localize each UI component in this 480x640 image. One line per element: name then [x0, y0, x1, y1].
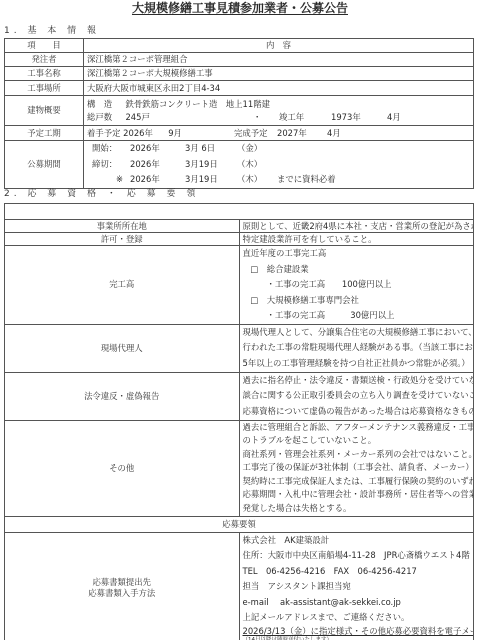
basic-info-table: 項 目 内 容 発注者 深江橋第２コーポ管理組合 工事名称 深江橋第２コーポ大規… — [4, 38, 474, 189]
other-line: 契約時に工事完成保証人または、工事履行保険の契約のいずれかが可能であること。 — [243, 475, 471, 489]
note-dow: （木） — [237, 172, 262, 188]
location-value: 大阪府大阪市城東区永田2丁目4-34 — [84, 81, 474, 96]
submission-label: 応募書類提出先 応募書類入手方法 — [5, 532, 240, 640]
note-year: 2026年 — [130, 172, 160, 188]
submission-value: 株式会社 AK建築設計 住所：大阪市中央区南船場4-11-28 JPR心斎橋ウエ… — [239, 532, 474, 640]
header-content: 内 容 — [84, 39, 474, 53]
email-label: e-mail — [243, 597, 269, 607]
row-violations: 法令違反・虚偽報告 過去に指名停止・法令違反・書類送検・行政処分を受けていないこ… — [5, 372, 474, 420]
start-label: 着手予定 — [87, 128, 121, 138]
row-project-name: 工事名称 深江橋第２コーポ大規模修繕工事 — [5, 67, 474, 81]
row-schedule: 予定工期 着手予定 2026年 9月 完成予定 2027年 4月 — [5, 126, 474, 141]
license-label: 許可・登録 — [5, 233, 240, 246]
other-label: その他 — [5, 420, 240, 516]
row-building: 建物概要 構 造 鉄骨鉄筋コンクリート造 地上11階建 総戸数 245戸 ・ 竣… — [5, 96, 474, 126]
row-location: 工事場所 大阪府大阪市城東区永田2丁目4-34 — [5, 81, 474, 96]
violations-line: 応募資格について虚偽の報告があった場合は応募資格なきものとする。 — [243, 404, 471, 420]
submission-label-line2: 応募書類入手方法 — [6, 588, 238, 599]
orderer-label: 発注者 — [5, 53, 84, 67]
row-orderer: 発注者 深江橋第２コーポ管理組合 — [5, 53, 474, 67]
document-title-text: 大規模修繕工事見積参加業者・公募公告 — [132, 1, 348, 15]
distribution-footnote: （14日以降は随時送付いたします） — [243, 637, 471, 640]
open-year: 2026年 — [130, 141, 160, 157]
building-label: 建物概要 — [5, 96, 84, 126]
close-line: 締切： 2026年 3月19日 （木） — [87, 157, 470, 173]
completed-year: 1973年 — [331, 111, 361, 124]
deadline-note-line: ※ 2026年 3月19日 （木） までに資料必着 — [87, 172, 470, 188]
open-dow: （金） — [237, 141, 262, 157]
open-label: 開始： — [92, 141, 117, 157]
site-agent-line: 行われた工事の常駐現場代理人経験がある事。（当該工事において現場代理人は — [243, 340, 471, 356]
other-line: 商社系列・管理会社系列・メーカー系列の会社ではないこと。 — [243, 448, 471, 462]
license-value: 特定建設業許可を有していること。 — [239, 233, 474, 246]
other-line: のトラブルを起こしていないこと。 — [243, 434, 471, 448]
qualification-table: 事業所所在地 原則として、近畿2府4県に本社・支店・営業所の登記が為されているこ… — [4, 203, 474, 640]
site-agent-line: 現場代理人として、分譲集合住宅の大規模修繕工事において、設計監理方式で — [243, 325, 471, 341]
units-label: 総戸数 — [87, 112, 112, 122]
site-agent-label: 現場代理人 — [5, 324, 240, 372]
blank-header-cell — [5, 204, 474, 220]
header-item: 項 目 — [5, 39, 84, 53]
sales-line: 直近年度の工事完工高 — [243, 246, 471, 262]
row-sales: 完工高 直近年度の工事完工高 □ 総合建設業 ・工事の完工高 100億円以上 □… — [5, 246, 474, 325]
orderer-value: 深江橋第２コーポ管理組合 — [84, 53, 474, 67]
row-recruitment-period: 公募期間 開始： 2026年 3月 6日 （金） 締切： 2026年 3月19日… — [5, 141, 474, 189]
site-agent-line: 5年以上の工事管理経験を持つ自社正社員かつ常駐が必須。） — [243, 356, 471, 372]
project-name-value: 深江橋第２コーポ大規模修繕工事 — [84, 67, 474, 81]
building-units-line: 総戸数 245戸 ・ 竣工年 1973年 4月 — [87, 111, 470, 124]
close-date: 3月19日 — [185, 157, 218, 173]
building-structure-line: 構 造 鉄骨鉄筋コンクリート造 地上11階建 — [87, 98, 470, 111]
sales-line: □ 大規模修繕工事専門会社 — [243, 293, 471, 309]
row-office-location: 事業所所在地 原則として、近畿2府4県に本社・支店・営業所の登記が為されているこ… — [5, 220, 474, 233]
location-label: 工事場所 — [5, 81, 84, 96]
other-line: 工事完了後の保証が3社体制（工事会社、請負者、メーカー）であること。 — [243, 461, 471, 475]
schedule-value: 着手予定 2026年 9月 完成予定 2027年 4月 — [84, 126, 474, 141]
company-address: 住所：大阪市中央区南船場4-11-28 JPR心斎橋ウエスト4階 — [243, 548, 471, 564]
other-line: 過去に管理組合と訴訟、アフターメンテナンス義務違反・工事中における事件等 — [243, 421, 471, 435]
sales-value: 直近年度の工事完工高 □ 総合建設業 ・工事の完工高 100億円以上 □ 大規模… — [239, 246, 474, 325]
other-line: 発覚した場合は失格とする。 — [243, 502, 471, 516]
units-value: 245戸 — [125, 112, 149, 122]
row-submission: 応募書類提出先 応募書類入手方法 株式会社 AK建築設計 住所：大阪市中央区南船… — [5, 532, 474, 640]
section-2-heading: 2. 応 募 資 格 ・ 応 募 要 領 — [4, 188, 199, 200]
recruitment-value: 開始： 2026年 3月 6日 （金） 締切： 2026年 3月19日 （木） … — [84, 141, 474, 189]
end-month: 4月 — [327, 128, 341, 139]
email-link[interactable]: ak-assistant@ak-sekkei.co.jp — [280, 597, 401, 607]
sales-label: 完工高 — [5, 246, 240, 325]
start-year: 2026年 — [123, 128, 153, 138]
section-1-heading: 1. 基 本 情 報 — [4, 25, 100, 37]
note-mark: ※ — [116, 172, 123, 188]
schedule-label: 予定工期 — [5, 126, 84, 141]
structure-label: 構 造 — [87, 99, 112, 109]
open-date: 3月 6日 — [185, 141, 215, 157]
procedure-header-row: 応募要領 — [5, 516, 474, 532]
row-site-agent: 現場代理人 現場代理人として、分譲集合住宅の大規模修繕工事において、設計監理方式… — [5, 324, 474, 372]
office-label: 事業所所在地 — [5, 220, 240, 233]
note-text: までに資料必着 — [277, 172, 336, 188]
end-label: 完成予定 — [234, 128, 268, 139]
qualification-blank-header-row — [5, 204, 474, 220]
other-line: 応募期間・入札中に管理会社・設計事務所・居住者等への営業活動は禁止とし、 — [243, 488, 471, 502]
contact-instruction: 上記メールアドレスまで、ご連絡ください。 — [243, 610, 471, 626]
email-line: e-mail ak-assistant@ak-sekkei.co.jp — [243, 595, 471, 611]
contact-person: 担当 アシスタント課担当宛 — [243, 579, 471, 595]
row-license: 許可・登録 特定建設業許可を有していること。 — [5, 233, 474, 246]
violations-label: 法令違反・虚偽報告 — [5, 372, 240, 420]
sales-line: ・工事の完工高 100億円以上 — [243, 277, 471, 293]
violations-value: 過去に指名停止・法令違反・書類送検・行政処分を受けていないこと。 談合に関する公… — [239, 372, 474, 420]
procedure-header: 応募要領 — [5, 516, 474, 532]
violations-line: 談合に関する公正取引委員会の立ち入り調査を受けていないこと。 — [243, 388, 471, 404]
open-line: 開始： 2026年 3月 6日 （金） — [87, 141, 470, 157]
units-separator: ・ — [253, 111, 261, 124]
note-date: 3月19日 — [185, 172, 218, 188]
company-name: 株式会社 AK建築設計 — [243, 533, 471, 549]
end-year: 2027年 — [277, 128, 307, 139]
document-title: 大規模修繕工事見積参加業者・公募公告 — [0, 1, 480, 15]
building-value: 構 造 鉄骨鉄筋コンクリート造 地上11階建 総戸数 245戸 ・ 竣工年 19… — [84, 96, 474, 126]
company-tel-fax: TEL 06-4256-4216 FAX 06-4256-4217 — [243, 564, 471, 580]
distribution-notice: 2026/3/13（金）に指定様式・その他応募必要資料を電子メールで送付いたしま… — [243, 626, 471, 637]
structure-value: 鉄骨鉄筋コンクリート造 地上11階建 — [125, 99, 270, 109]
office-value: 原則として、近畿2府4県に本社・支店・営業所の登記が為されていること。 — [239, 220, 474, 233]
close-label: 締切： — [92, 157, 117, 173]
completed-month: 4月 — [387, 111, 401, 124]
recruitment-label: 公募期間 — [5, 141, 84, 189]
basic-info-header-row: 項 目 内 容 — [5, 39, 474, 53]
row-other: その他 過去に管理組合と訴訟、アフターメンテナンス義務違反・工事中における事件等… — [5, 420, 474, 516]
close-year: 2026年 — [130, 157, 160, 173]
project-name-label: 工事名称 — [5, 67, 84, 81]
other-value: 過去に管理組合と訴訟、アフターメンテナンス義務違反・工事中における事件等 のトラ… — [239, 420, 474, 516]
site-agent-value: 現場代理人として、分譲集合住宅の大規模修繕工事において、設計監理方式で 行われた… — [239, 324, 474, 372]
sales-line: □ 総合建設業 — [243, 262, 471, 278]
violations-line: 過去に指名停止・法令違反・書類送検・行政処分を受けていないこと。 — [243, 373, 471, 389]
submission-label-line1: 応募書類提出先 — [6, 577, 238, 588]
sales-line: ・工事の完工高 30億円以上 — [243, 308, 471, 324]
completed-label: 竣工年 — [279, 111, 304, 124]
start-month: 9月 — [168, 128, 182, 138]
close-dow: （木） — [237, 157, 262, 173]
